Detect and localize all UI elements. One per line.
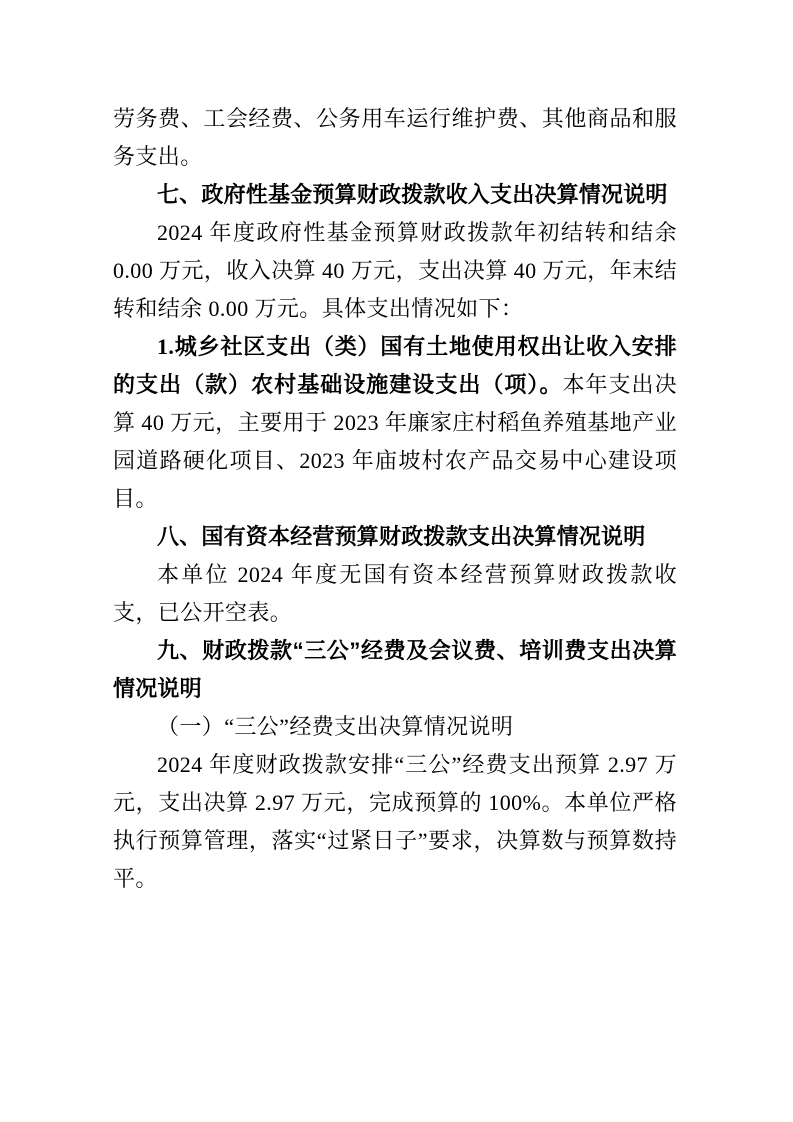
section-heading: 七、政府性基金预算财政拨款收入支出决算情况说明 (113, 176, 677, 214)
paragraph: （一）“三公”经费支出决算情况说明 (113, 708, 677, 746)
paragraph: 1.城乡社区支出（类）国有土地使用权出让收入安排的支出（款）农村基础设施建设支出… (113, 328, 677, 518)
paragraph-bold-lead: 1.城乡社区支出（类）国有土地使用权出让收入安排的支出（款）农村基础设施建设支出… (113, 334, 677, 397)
paragraph: 2024 年度财政拨款安排“三公”经费支出预算 2.97 万元，支出决算 2.9… (113, 746, 677, 898)
section-heading: 八、国有资本经营预算财政拨款支出决算情况说明 (113, 518, 677, 556)
document-body: 劳务费、工会经费、公务用车运行维护费、其他商品和服务支出。七、政府性基金预算财政… (113, 100, 677, 898)
paragraph: 劳务费、工会经费、公务用车运行维护费、其他商品和服务支出。 (113, 100, 677, 176)
paragraph: 本单位 2024 年度无国有资本经营预算财政拨款收支，已公开空表。 (113, 556, 677, 632)
section-heading: 九、财政拨款“三公”经费及会议费、培训费支出决算情况说明 (113, 632, 677, 708)
paragraph: 2024 年度政府性基金预算财政拨款年初结转和结余 0.00 万元，收入决算 4… (113, 214, 677, 328)
document-page: 劳务费、工会经费、公务用车运行维护费、其他商品和服务支出。七、政府性基金预算财政… (0, 0, 793, 1122)
